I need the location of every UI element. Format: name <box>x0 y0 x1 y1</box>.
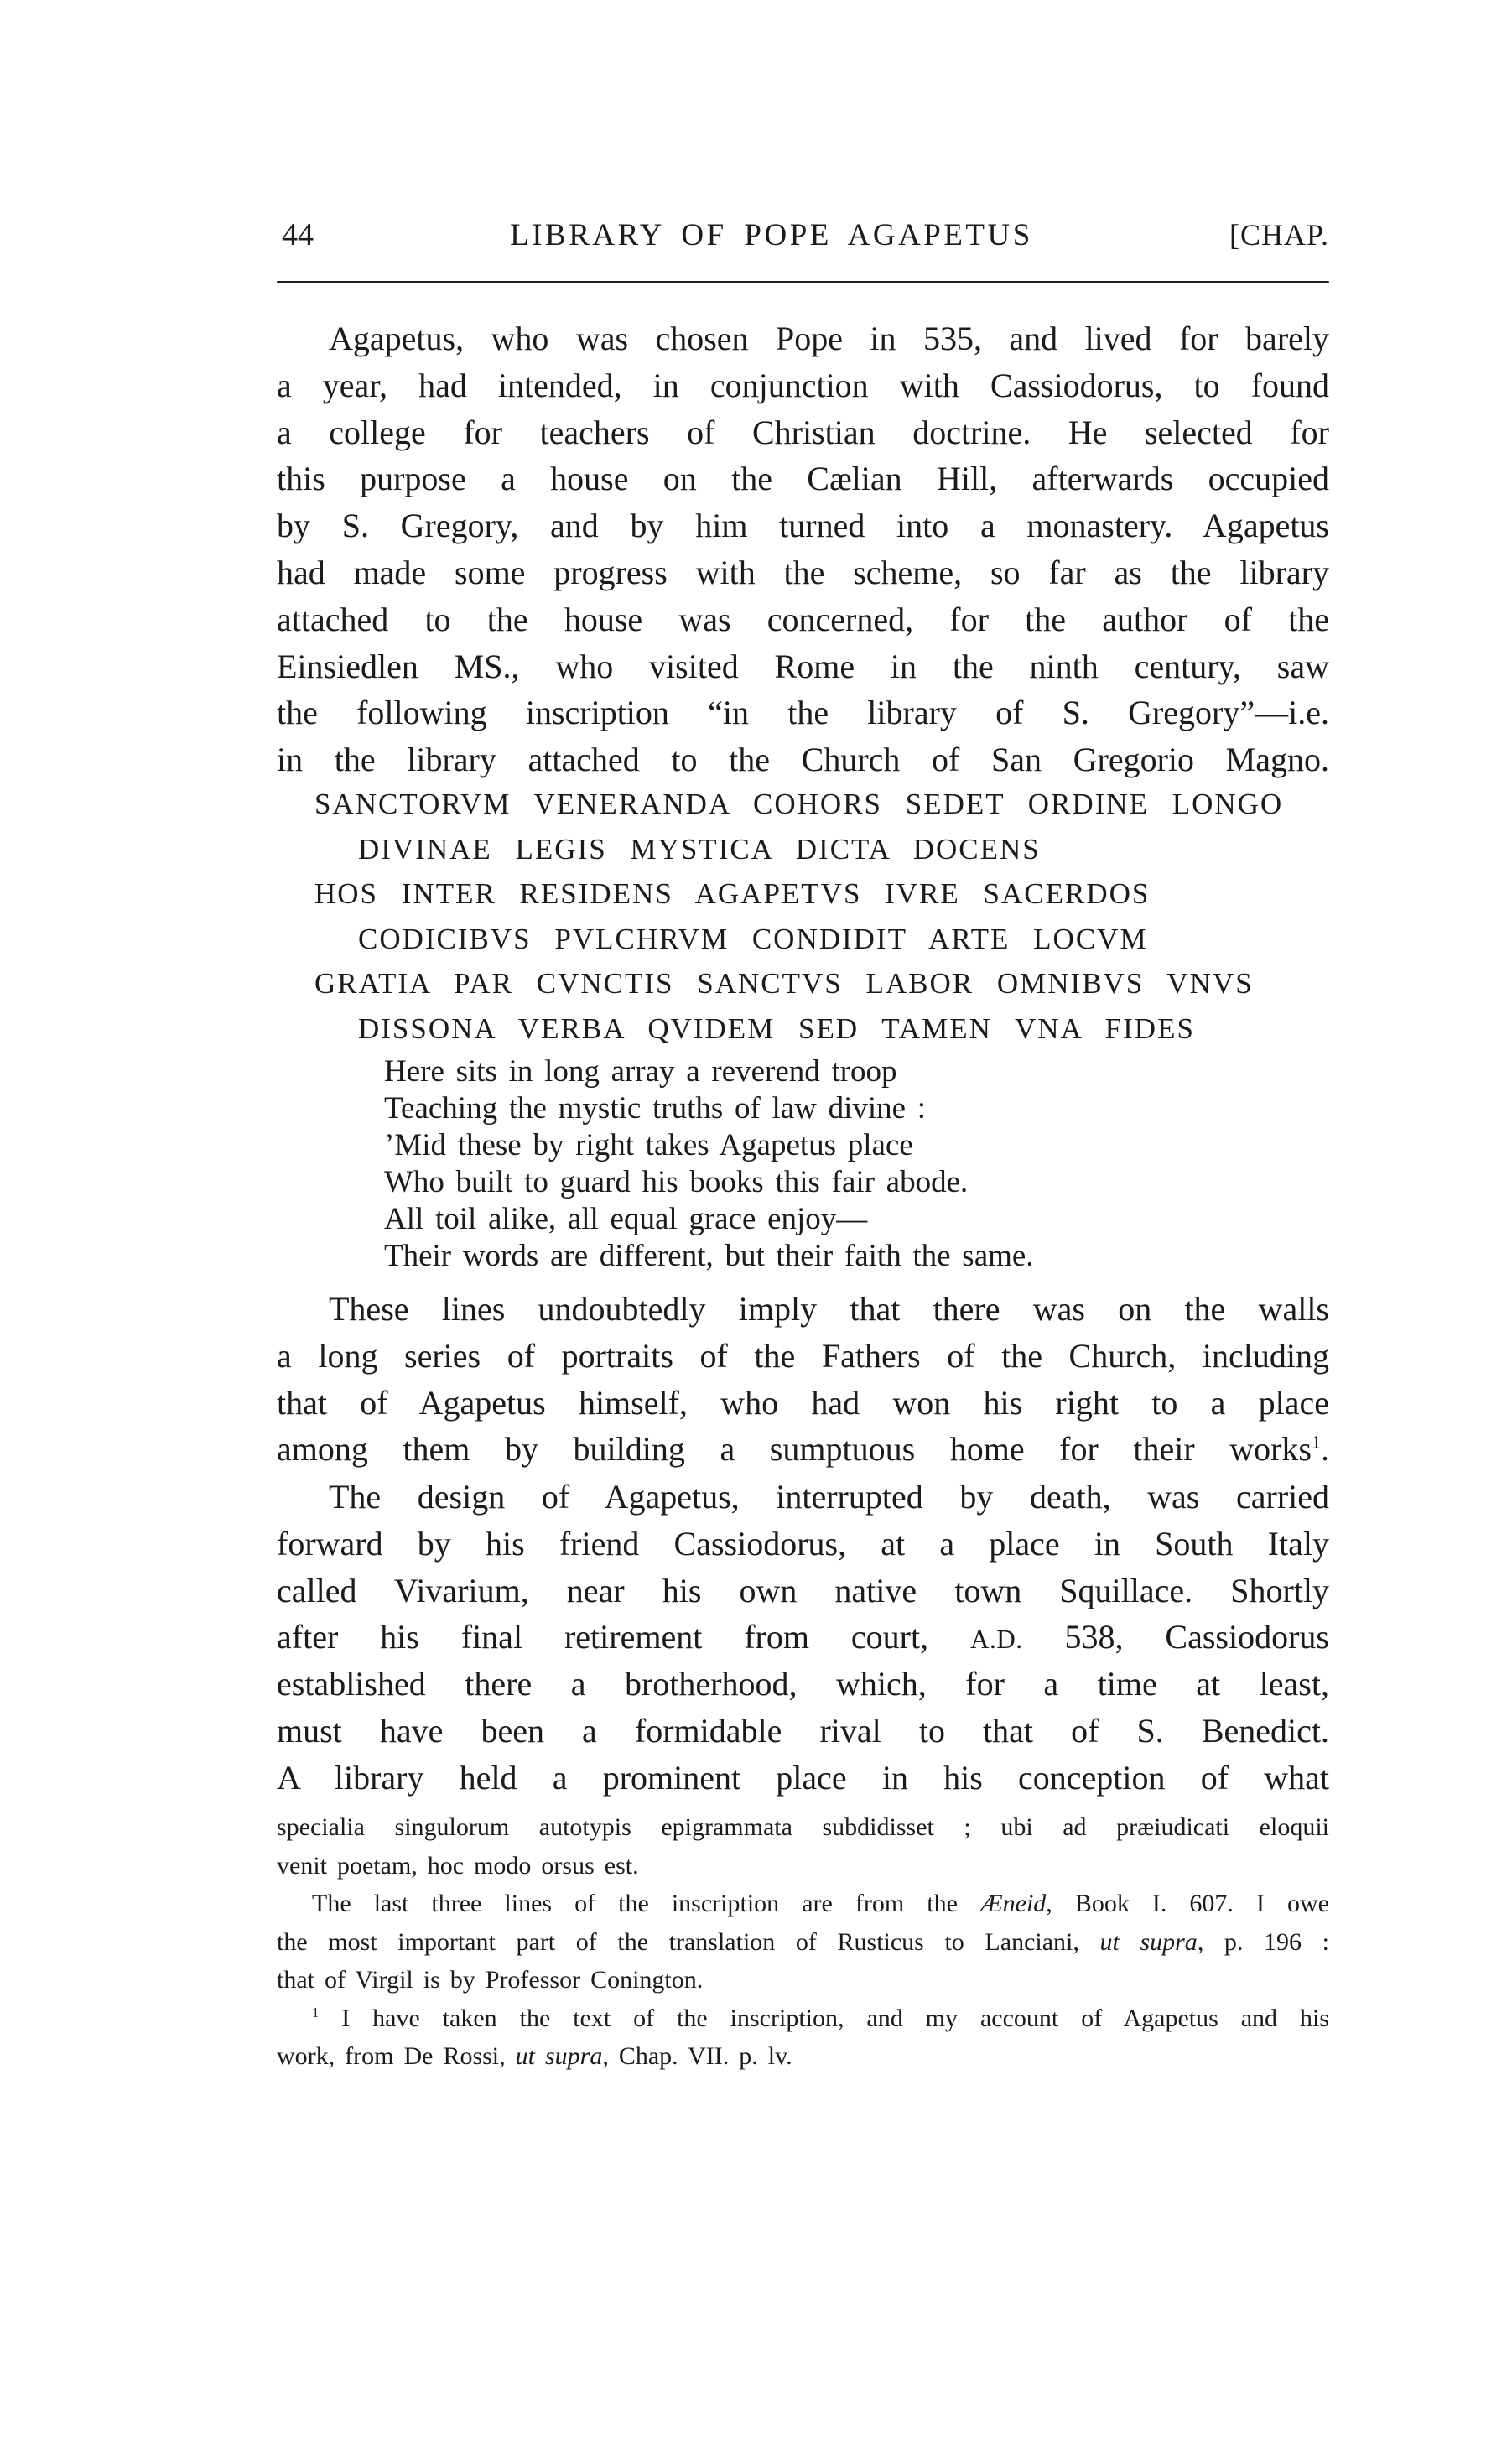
text-line: established there a brotherhood, which, … <box>277 1661 1329 1708</box>
inscription-line: SANCTORVM VENERANDA COHORS SEDET ORDINE … <box>277 782 1329 827</box>
inscription-line: GRATIA PAR CVNCTIS SANCTVS LABOR OMNIBVS… <box>277 961 1329 1006</box>
text-line: attached to the house was concerned, for… <box>277 596 1329 643</box>
text-segment: 538, Cassiodorus <box>1023 1618 1329 1656</box>
footnote-marker: 1 <box>312 2005 319 2020</box>
italic-term: ut supra <box>1100 1928 1198 1956</box>
text-segment: after his final retirement from court, <box>277 1618 970 1656</box>
footnote-line: the most important part of the translati… <box>277 1923 1329 1962</box>
text-line: a year, had intended, in conjunction wit… <box>277 362 1329 409</box>
text-line: by S. Gregory, and by him turned into a … <box>277 502 1329 549</box>
text-line: among them by building a sumptuous home … <box>277 1426 1329 1473</box>
inscription-line: CODICIBVS PVLCHRVM CONDIDIT ARTE LOCVM <box>277 917 1329 962</box>
text-line: a college for teachers of Christian doct… <box>277 409 1329 456</box>
header-rule <box>277 281 1329 283</box>
text-line: a long series of portraits of the Father… <box>277 1333 1329 1380</box>
text-line: had made some progress with the scheme, … <box>277 549 1329 596</box>
footnote-text: , Chap. VII. p. lv. <box>602 2042 792 2070</box>
inscription-line: DIVINAE LEGIS MYSTICA DICTA DOCENS <box>277 827 1329 872</box>
footnote-line: venit poetam, hoc modo orsus est. <box>277 1847 1329 1885</box>
book-page-scan: 44 LIBRARY OF POPE AGAPETUS [CHAP. Agape… <box>0 0 1512 2444</box>
verse-translation: Here sits in long array a reverend troop… <box>277 1053 1329 1275</box>
verse-line: Here sits in long array a reverend troop <box>277 1053 1329 1090</box>
footnote-text: the most important part of the translati… <box>277 1928 1100 1956</box>
text-line: Agapetus, who was chosen Pope in 535, an… <box>277 315 1329 362</box>
text-line: The design of Agapetus, interrupted by d… <box>277 1474 1329 1521</box>
text-line: A library held a prominent place in his … <box>277 1755 1329 1802</box>
text-segment: . <box>1321 1430 1329 1468</box>
footnote-text: I have taken the text of the inscription… <box>319 2005 1329 2032</box>
verse-line: Teaching the mystic truths of law divine… <box>277 1090 1329 1127</box>
footnote-text: , Book I. 607. I owe <box>1046 1890 1329 1917</box>
verse-line: ’Mid these by right takes Agapetus place <box>277 1127 1329 1164</box>
latin-inscription: SANCTORVM VENERANDA COHORS SEDET ORDINE … <box>277 782 1329 1051</box>
text-line: These lines undoubtedly imply that there… <box>277 1286 1329 1333</box>
verse-line: All toil alike, all equal grace enjoy— <box>277 1201 1329 1238</box>
text-line: in the library attached to the Church of… <box>277 736 1329 783</box>
page-number: 44 <box>277 216 314 253</box>
verse-line: Their words are different, but their fai… <box>277 1238 1329 1275</box>
footnote-line: specialia singulorum autotypis epigramma… <box>277 1808 1329 1847</box>
paragraph-1: Agapetus, who was chosen Pope in 535, an… <box>277 315 1329 783</box>
text-line: after his final retirement from court, A… <box>277 1614 1329 1661</box>
footnote-text: The last three lines of the inscription … <box>312 1890 980 1917</box>
chapter-marker: [CHAP. <box>1229 217 1329 252</box>
inscription-line: DISSONA VERBA QVIDEM SED TAMEN VNA FIDES <box>277 1006 1329 1052</box>
text-line: called Vivarium, near his own native tow… <box>277 1568 1329 1615</box>
footnote-line: 1 I have taken the text of the inscripti… <box>277 1999 1329 2038</box>
footnote-text: , p. 196 : <box>1198 1928 1329 1956</box>
footnote-reference: 1 <box>1312 1432 1321 1453</box>
text-line: must have been a formidable rival to tha… <box>277 1708 1329 1755</box>
italic-term: ut supra <box>516 2042 603 2070</box>
text-line: this purpose a house on the Cælian Hill,… <box>277 455 1329 502</box>
footnote-text: work, from De Rossi, <box>277 2042 516 2070</box>
text-line: the following inscription “in the librar… <box>277 689 1329 736</box>
running-title: LIBRARY OF POPE AGAPETUS <box>510 217 1033 253</box>
footnote-line: that of Virgil is by Professor Conington… <box>277 1961 1329 1999</box>
text-segment: among them by building a sumptuous home … <box>277 1430 1312 1468</box>
footnote-section: specialia singulorum autotypis epigramma… <box>277 1808 1329 2076</box>
paragraph-3: The design of Agapetus, interrupted by d… <box>277 1474 1329 1802</box>
small-caps-abbreviation: A.D. <box>970 1625 1023 1654</box>
italic-term: Æneid <box>980 1890 1046 1917</box>
footnote-line: The last three lines of the inscription … <box>277 1885 1329 1923</box>
text-line: Einsiedlen MS., who visited Rome in the … <box>277 643 1329 690</box>
text-line: forward by his friend Cassiodorus, at a … <box>277 1521 1329 1568</box>
verse-line: Who built to guard his books this fair a… <box>277 1164 1329 1201</box>
inscription-line: HOS INTER RESIDENS AGAPETVS IVRE SACERDO… <box>277 871 1329 917</box>
text-line: that of Agapetus himself, who had won hi… <box>277 1380 1329 1427</box>
running-header: 44 LIBRARY OF POPE AGAPETUS [CHAP. <box>277 216 1329 253</box>
footnote-line: work, from De Rossi, ut supra, Chap. VII… <box>277 2037 1329 2076</box>
paragraph-2: These lines undoubtedly imply that there… <box>277 1286 1329 1473</box>
